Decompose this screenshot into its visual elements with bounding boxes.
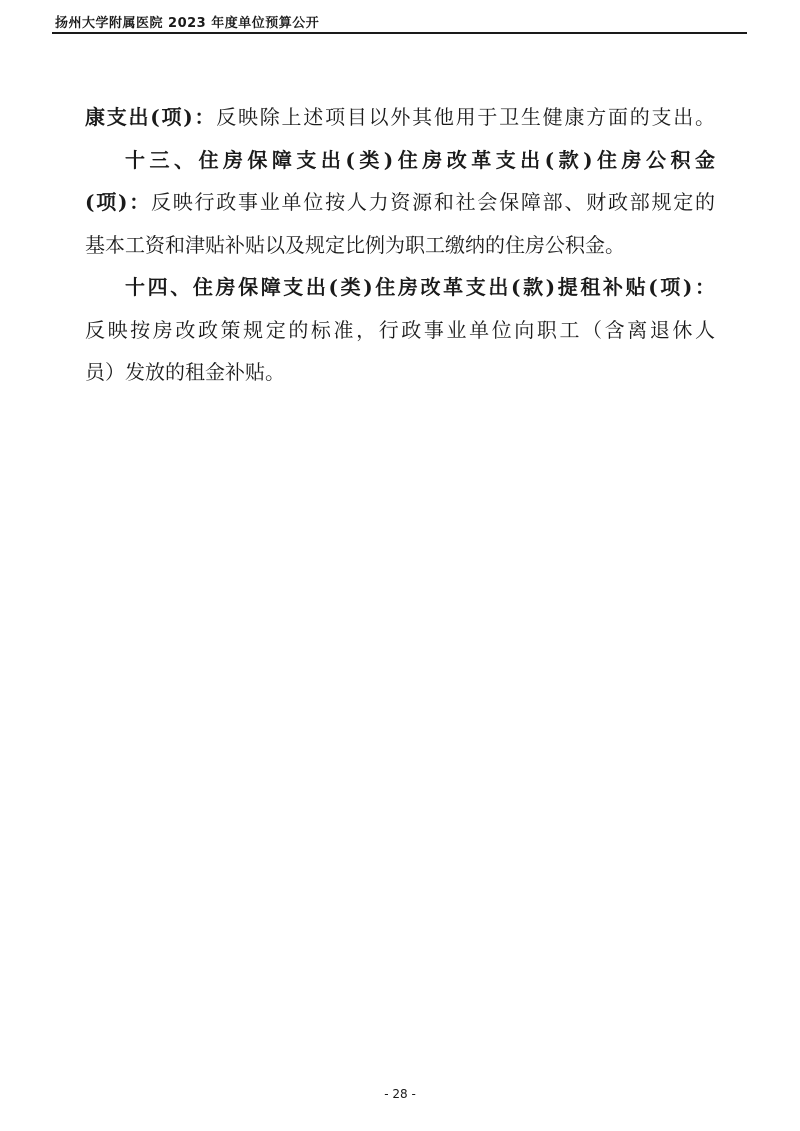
page-number: - 28 - [0,1087,800,1101]
header-rule [52,32,747,34]
body-text-line: 康支出(项)：反映除上述项目以外其他用于卫生健康方面的支出。 [85,96,715,139]
regular-text-segment: 反映行政事业单位按人力资源和社会保障部、财政部规定的 [151,190,715,214]
bold-text-segment: 十四、住房保障支出(类)住房改革支出(款)提租补贴(项)： [125,275,715,299]
body-text: 康支出(项)：反映除上述项目以外其他用于卫生健康方面的支出。十三、住房保障支出(… [85,96,715,394]
body-text-line: 基本工资和津贴补贴以及规定比例为职工缴纳的住房公积金。 [85,224,715,267]
bold-text-segment: 十三、住房保障支出(类)住房改革支出(款)住房公积金 [125,148,715,172]
regular-text-segment: 员）发放的租金补贴。 [85,360,285,384]
body-text-line: 十三、住房保障支出(类)住房改革支出(款)住房公积金 [85,139,715,182]
body-text-line: (项)：反映行政事业单位按人力资源和社会保障部、财政部规定的 [85,181,715,224]
body-text-line: 十四、住房保障支出(类)住房改革支出(款)提租补贴(项)： [85,266,715,309]
bold-text-segment: (项)： [85,190,151,214]
bold-text-segment: 康支出(项)： [85,105,216,129]
regular-text-segment: 基本工资和津贴补贴以及规定比例为职工缴纳的住房公积金。 [85,233,625,257]
header-title: 扬州大学附属医院 2023 年度单位预算公开 [55,12,319,31]
regular-text-segment: 反映除上述项目以外其他用于卫生健康方面的支出。 [216,105,715,129]
body-text-line: 反映按房改政策规定的标准，行政事业单位向职工（含离退休人 [85,309,715,352]
document-page: 扬州大学附属医院 2023 年度单位预算公开 康支出(项)：反映除上述项目以外其… [0,0,800,1131]
body-text-line: 员）发放的租金补贴。 [85,351,715,394]
regular-text-segment: 反映按房改政策规定的标准，行政事业单位向职工（含离退休人 [85,318,715,342]
